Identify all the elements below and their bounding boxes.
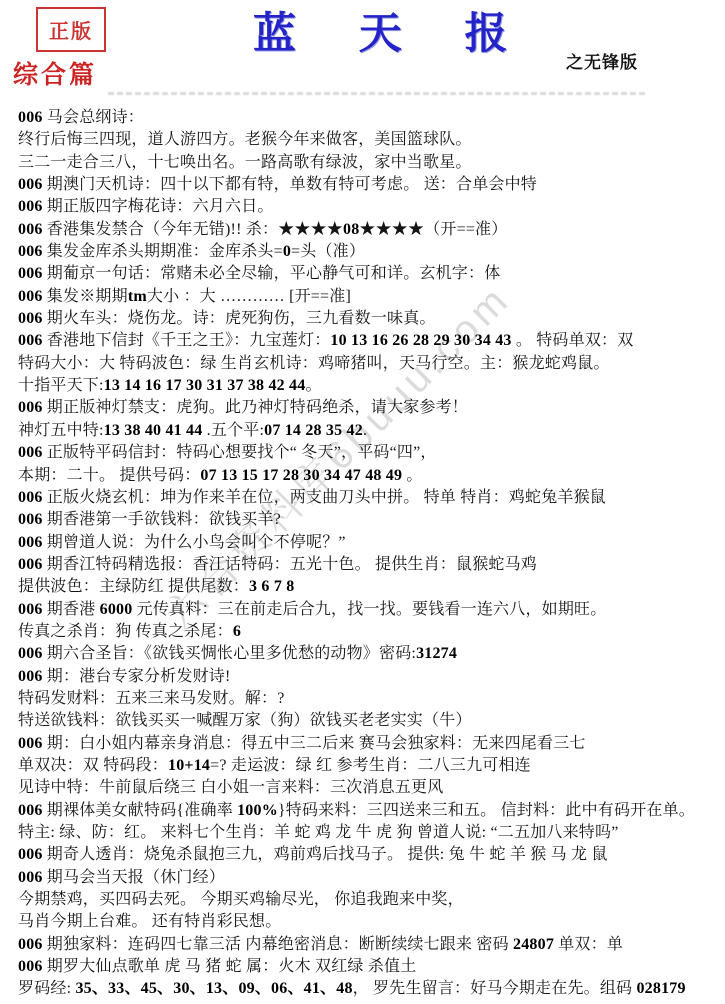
text-line: 终行后悔三四现，道人游四方。老猴今年来做客，美国篮球队。 xyxy=(18,129,718,151)
text-line: 单双决：双 特码段：10+14=? 走运波：绿 红 参考生肖：二八三九可相连 xyxy=(18,755,718,777)
text-line: 006 正版特平码信封：特码心想要找个“ 冬天”，平码“四”， xyxy=(18,442,718,464)
text-line: 传真之杀肖：狗 传真之杀尾：6 xyxy=(18,621,718,643)
text-line: 006 香港集发禁合（今年无错)!! 杀：★★★★08★★★★（开==准） xyxy=(18,219,718,241)
text-line: 三二一走合三八，十七唤出名。一路高歌有绿波，家中当歌星。 xyxy=(18,152,718,174)
text-line: 006 期香江特码精选报：香江话特码：五光十色。 提供生肖：鼠猴蛇马鸡 xyxy=(18,554,718,576)
text-line: 006 期：白小姐内幕亲身消息：得五中三二后来 赛马会独家料：无来四尾看三七 xyxy=(18,733,718,755)
text-line: 006 期六合圣旨：《欲钱买惆怅心里多优愁的动物》密码:31274 xyxy=(18,643,718,665)
text-line: 006 期香港 6000 元传真料：三在前走后合九，找一找。要钱看一连六八，如期… xyxy=(18,599,718,621)
text-line: 神灯五中特:13 38 40 41 44 .五个平:07 14 28 35 42… xyxy=(18,420,718,442)
text-line: 006 期火车头：烧伤龙。诗：虎死狗伤，三九看数一味真。 xyxy=(18,308,718,330)
text-line: 006 马会总纲诗： xyxy=(18,107,718,129)
text-line: 马肖今期上台难。 还有特肖彩民想。 xyxy=(18,911,718,933)
divider-smudge xyxy=(108,92,645,95)
edition-label: 之无锋版 xyxy=(566,48,638,73)
text-line: 006 期裸体美女献特码{准确率 100%}特码来料：三四送来三和五。 信封料：… xyxy=(18,800,718,822)
text-line: 006 期正版四字梅花诗：六月六日。 xyxy=(18,196,718,218)
text-line: 006 期马会当天报（休门经） xyxy=(18,867,718,889)
page-root: { "page": { "stamp": "正版", "title": "蓝 天… xyxy=(0,0,725,1004)
text-line: 特码大小：大 特码波色：绿 生肖玄机诗：鸡啼猪叫，天马行空。主：猴龙蛇鸡鼠。 xyxy=(18,353,718,375)
text-line: 006 期澳门天机诗：四十以下都有特，单数有特可考虑。 送：合单会中特 xyxy=(18,174,718,196)
content-lines: 006 马会总纲诗：终行后悔三四现，道人游四方。老猴今年来做客，美国篮球队。三二… xyxy=(18,107,718,1001)
text-line: 006 正版火烧玄机：坤为作来羊在位，两支曲刀头中拼。 特单 特肖：鸡蛇兔羊猴鼠 xyxy=(18,487,718,509)
text-line: 特码发财料：五来三来马发财。解：? xyxy=(18,688,718,710)
text-line: 特主: 绿、防：红。 来料七个生肖：羊 蛇 鸡 龙 牛 虎 狗 曾道人说: “二… xyxy=(18,822,718,844)
text-line: 见诗中特：牛前鼠后绕三 白小姐一言来料：三次消息五更风 xyxy=(18,777,718,799)
text-line: 今期禁鸡，买四码去死。 今期买鸡输尽光， 你追我跑来中奖， xyxy=(18,889,718,911)
text-line: 006 期罗大仙点歌单 虎 马 猪 蛇 属：火木 双红绿 杀值土 xyxy=(18,956,718,978)
text-line: 罗码经: 35、33、45、30、13、09、06、41、48， 罗先生留言：好… xyxy=(18,978,718,1000)
text-line: 006 集发金库杀头期期准：金库杀头=0=头（准） xyxy=(18,241,718,263)
section-heading: 综合篇 xyxy=(13,55,97,91)
text-line: 006 期独家料：连码四七靠三活 内幕绝密消息：断断续续七跟来 密码 24807… xyxy=(18,934,718,956)
authentic-stamp: 正版 xyxy=(36,7,106,52)
text-line: 本期：二十。 提供号码：07 13 15 17 28 30 34 47 48 4… xyxy=(18,465,718,487)
text-line: 006 期正版神灯禁支：虎狗。此乃神灯特码绝杀，请大家参考！ xyxy=(18,397,718,419)
text-line: 特送欲钱料：欲钱买买一喊醒万家（狗）欲钱买老老实实（牛） xyxy=(18,710,718,732)
text-line: 006 期葡京一句话：常赌未必全尽输，平心静气可和详。玄机字：体 xyxy=(18,263,718,285)
text-line: 十指平天下:13 14 16 17 30 31 37 38 42 44。 xyxy=(18,375,718,397)
text-line: 006 香港地下信封《千王之王》：九宝莲灯：10 13 16 26 28 29 … xyxy=(18,330,718,352)
page-title: 蓝 天 报 xyxy=(253,0,534,61)
text-line: 提供波色：主绿防红 提供尾数：3 6 7 8 xyxy=(18,576,718,598)
text-line: 006 期：港台专家分析发财诗! xyxy=(18,666,718,688)
text-line: 006 集发※期期tm大小 ：大 ………… [开==准] xyxy=(18,286,718,308)
text-line: 006 期香港第一手欲钱料：欲钱买羊? xyxy=(18,509,718,531)
text-line: 006 期曾道人说：为什么小鸟会叫个不停呢？” xyxy=(18,532,718,554)
text-line: 006 期奇人透肖：烧兔杀鼠抱三九，鸡前鸡后找马子。 提供: 兔 牛 蛇 羊 猴… xyxy=(18,844,718,866)
